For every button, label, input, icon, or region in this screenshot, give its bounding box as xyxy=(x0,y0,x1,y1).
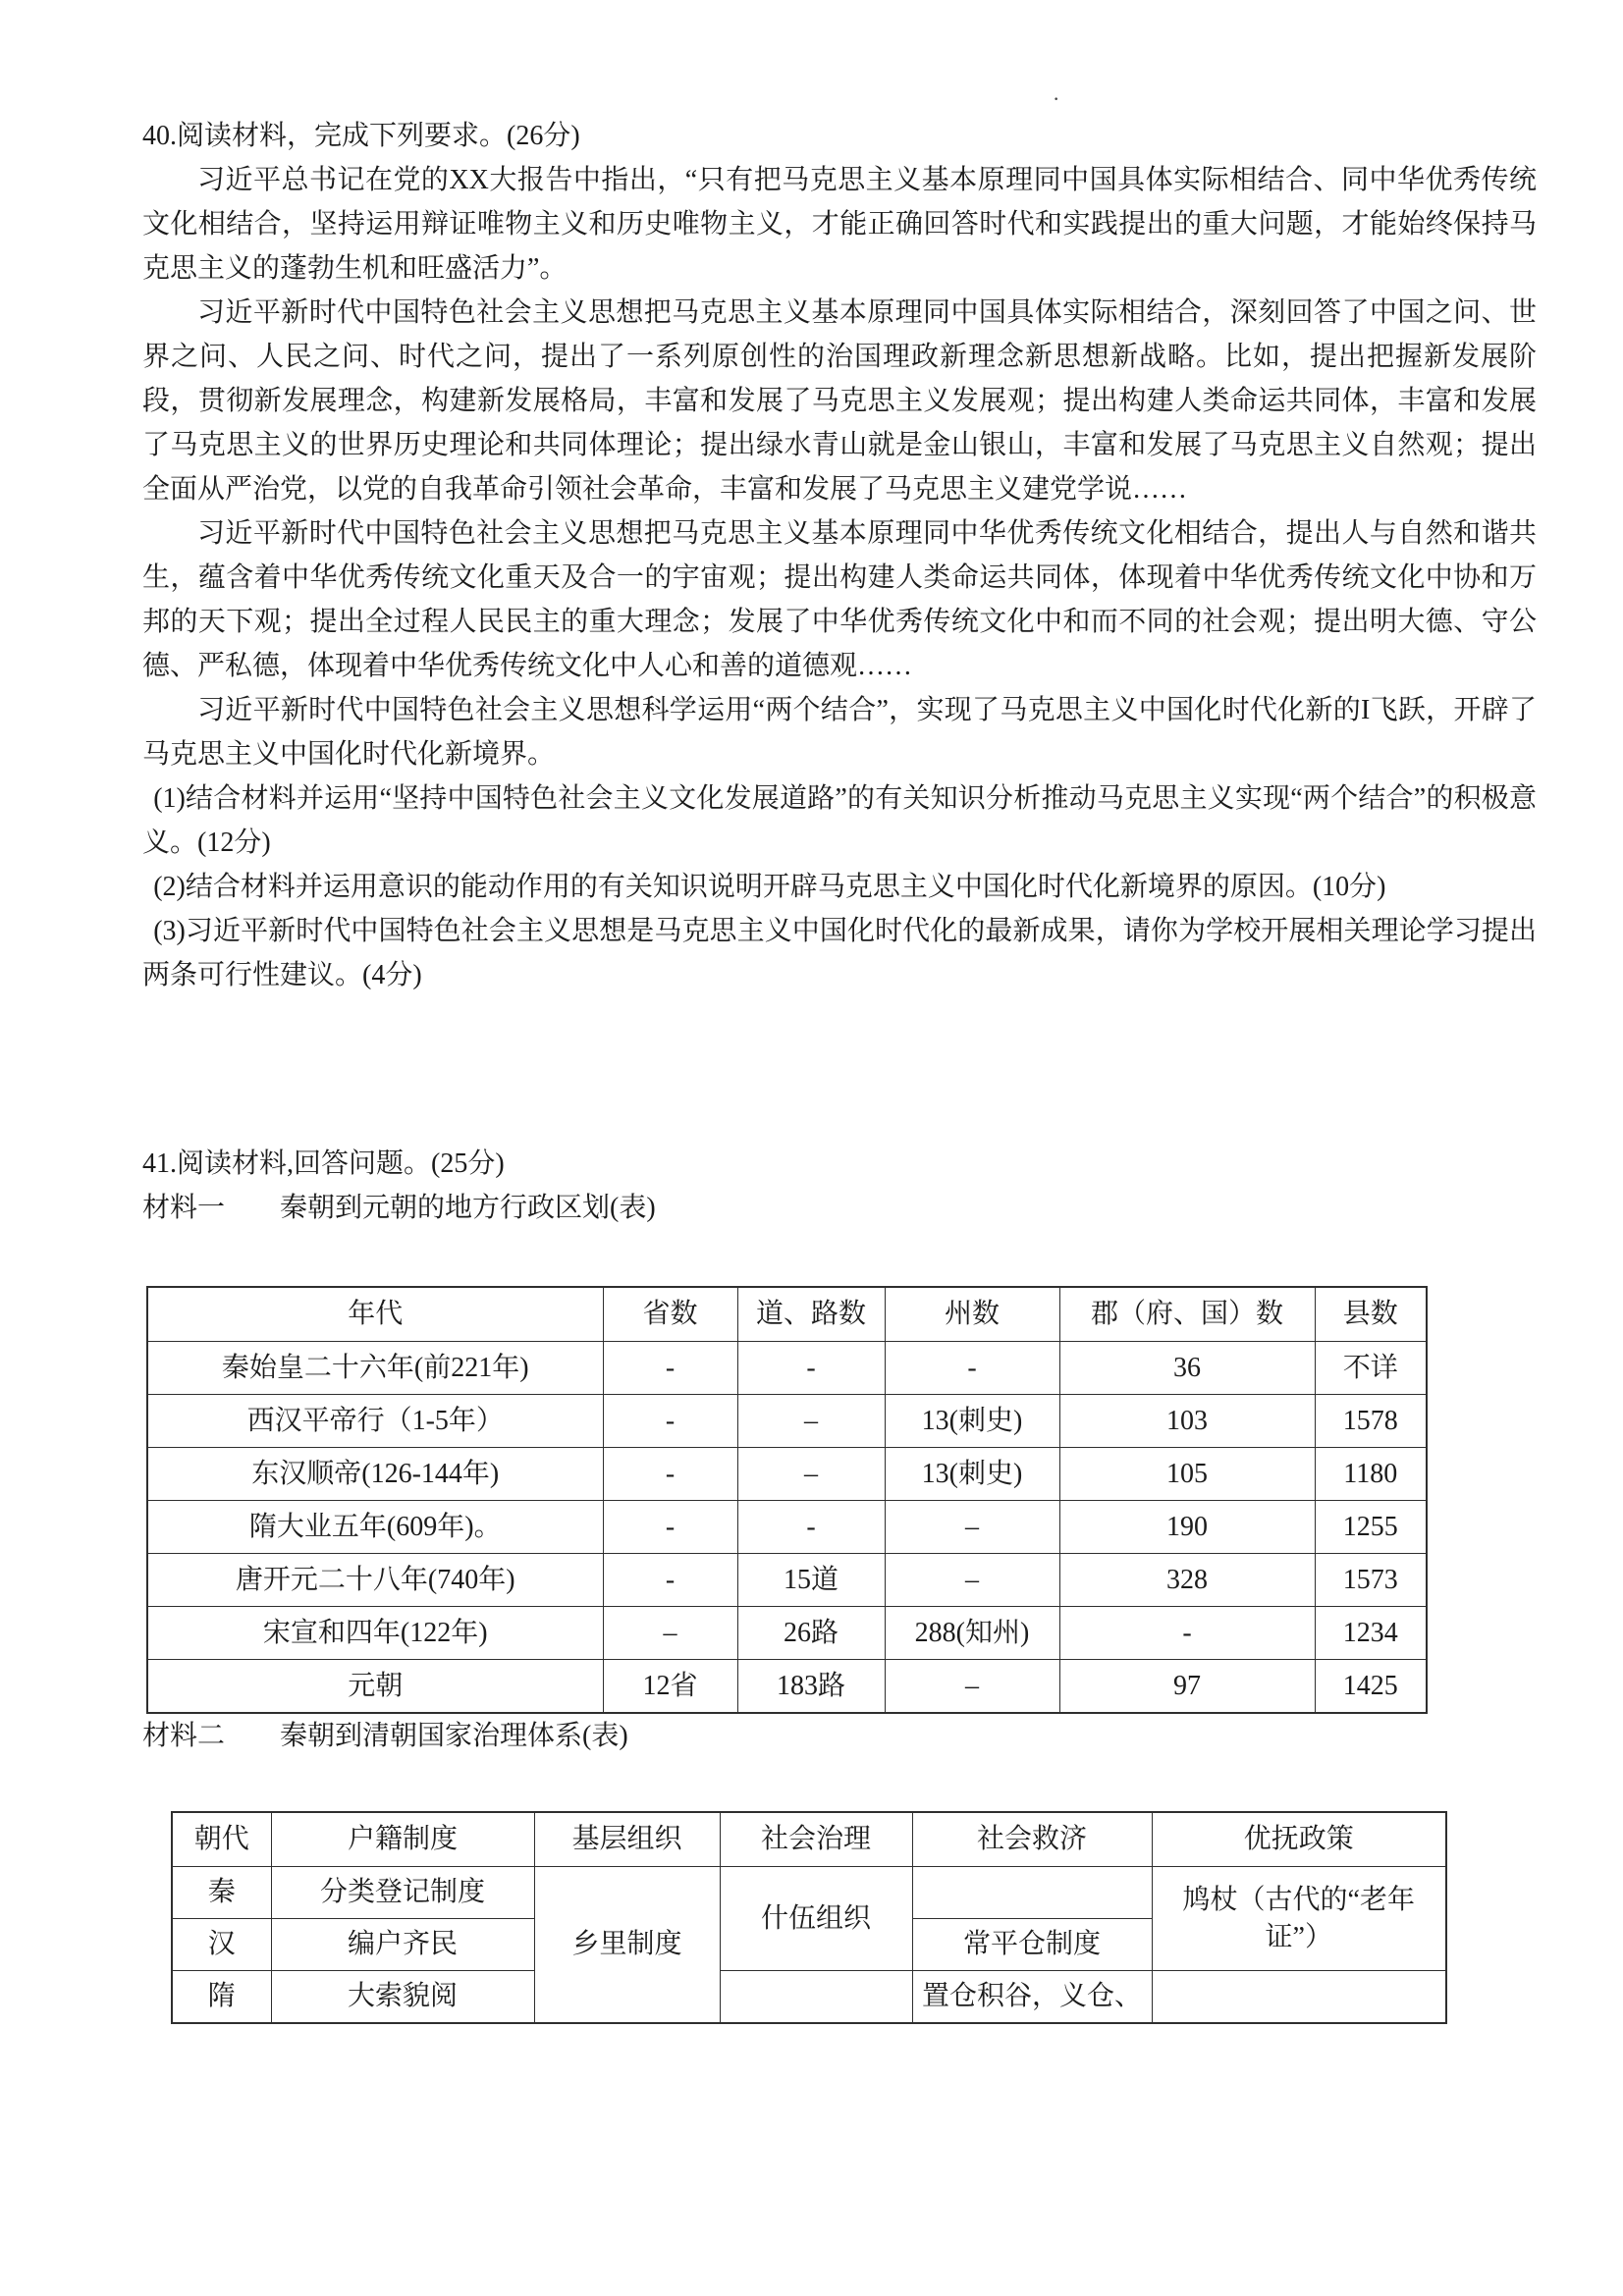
table-cell: 大索貌阅 xyxy=(271,1971,534,2024)
q40-paragraph-1: 习近平总书记在党的XX大报告中指出，“只有把马克思主义基本原理同中国具体实际相结… xyxy=(142,158,1537,291)
q40-subquestion-1: (1)结合材料并运用“坚持中国特色社会主义文化发展道路”的有关知识分析推动马克思… xyxy=(142,776,1537,865)
table-cell: 190 xyxy=(1059,1501,1315,1554)
table-row: 宋宣和四年(122年) – 26路 288(知州) - 1234 xyxy=(147,1607,1427,1660)
table-cell: 西汉平帝行（1-5年） xyxy=(147,1395,603,1448)
table-header-cell: 户籍制度 xyxy=(271,1812,534,1867)
table-cell: 328 xyxy=(1059,1554,1315,1607)
table-cell: – xyxy=(885,1501,1059,1554)
table-cell: - xyxy=(603,1395,737,1448)
table-cell: 12省 xyxy=(603,1660,737,1714)
table-cell xyxy=(912,1867,1152,1919)
table-cell: 什伍组织 xyxy=(720,1867,912,1971)
table-row: 唐开元二十八年(740年) - 15道 – 328 1573 xyxy=(147,1554,1427,1607)
table-cell: 1425 xyxy=(1315,1660,1427,1714)
table-cell: 编户齐民 xyxy=(271,1919,534,1971)
table-row: 元朝 12省 183路 – 97 1425 xyxy=(147,1660,1427,1714)
table-cell: 秦始皇二十六年(前221年) xyxy=(147,1342,603,1395)
question-41-title: 41.阅读材料,回答问题。(25分) xyxy=(142,1142,1537,1186)
table-header-cell: 郡（府、国）数 xyxy=(1059,1287,1315,1342)
q40-subquestion-3: (3)习近平新时代中国特色社会主义思想是马克思主义中国化时代化的最新成果，请你为… xyxy=(142,909,1537,997)
question-41-block: 41.阅读材料,回答问题。(25分) 材料一 秦朝到元朝的地方行政区划(表) xyxy=(142,1142,1537,1230)
table-cell: 13(刺史) xyxy=(885,1448,1059,1501)
table-cell: 1573 xyxy=(1315,1554,1427,1607)
table-cell: 183路 xyxy=(737,1660,885,1714)
table-cell: 隋 xyxy=(172,1971,271,2024)
table-header-cell: 年代 xyxy=(147,1287,603,1342)
table-cell: 105 xyxy=(1059,1448,1315,1501)
table-cell: – xyxy=(885,1660,1059,1714)
table-cell: 103 xyxy=(1059,1395,1315,1448)
table-cell: 常平仓制度 xyxy=(912,1919,1152,1971)
table-cell: 东汉顺帝(126-144年) xyxy=(147,1448,603,1501)
table-cell: 鸠杖（古代的“老年证”） xyxy=(1152,1867,1446,1971)
table-header-cell: 县数 xyxy=(1315,1287,1427,1342)
question-40-block: 40.阅读材料，完成下列要求。(26分) 习近平总书记在党的XX大报告中指出，“… xyxy=(142,114,1537,997)
table-row: 东汉顺帝(126-144年) - – 13(刺史) 105 1180 xyxy=(147,1448,1427,1501)
table-cell: 唐开元二十八年(740年) xyxy=(147,1554,603,1607)
table-cell: - xyxy=(603,1448,737,1501)
material-1-label: 材料一 秦朝到元朝的地方行政区划(表) xyxy=(142,1186,1537,1230)
table-cell: - xyxy=(1059,1607,1315,1660)
table-row: 秦始皇二十六年(前221年) - - - 36 不详 xyxy=(147,1342,1427,1395)
table-cell: - xyxy=(603,1501,737,1554)
table-header-cell: 社会治理 xyxy=(720,1812,912,1867)
table-cell: 1180 xyxy=(1315,1448,1427,1501)
table-cell: 置仓积谷，义仓、 xyxy=(912,1971,1152,2024)
table-row-sui: 隋 大索貌阅 置仓积谷，义仓、 xyxy=(172,1971,1446,2024)
table-cell: 36 xyxy=(1059,1342,1315,1395)
table-cell: - xyxy=(603,1554,737,1607)
table-cell: - xyxy=(603,1342,737,1395)
table-cell: 宋宣和四年(122年) xyxy=(147,1607,603,1660)
table-cell: – xyxy=(737,1448,885,1501)
table-row: 隋大业五年(609年)。 - - – 190 1255 xyxy=(147,1501,1427,1554)
table-header-cell: 州数 xyxy=(885,1287,1059,1342)
table-cell: 1255 xyxy=(1315,1501,1427,1554)
table-cell: - xyxy=(737,1342,885,1395)
table-cell: 1234 xyxy=(1315,1607,1427,1660)
table-header-row: 朝代 户籍制度 基层组织 社会治理 社会救济 优抚政策 xyxy=(172,1812,1446,1867)
table-header-cell: 朝代 xyxy=(172,1812,271,1867)
table-row-qin: 秦 分类登记制度 乡里制度 什伍组织 鸠杖（古代的“老年证”） xyxy=(172,1867,1446,1919)
table-header-row: 年代 省数 道、路数 州数 郡（府、国）数 县数 xyxy=(147,1287,1427,1342)
material-2-label: 材料二 秦朝到清朝国家治理体系(表) xyxy=(142,1714,1537,1758)
table-cell: 15道 xyxy=(737,1554,885,1607)
q40-subquestion-2: (2)结合材料并运用意识的能动作用的有关知识说明开辟马克思主义中国化时代化新境界… xyxy=(142,865,1537,909)
scan-artifact-dot: · xyxy=(1053,86,1059,112)
admin-division-table: 年代 省数 道、路数 州数 郡（府、国）数 县数 秦始皇二十六年(前221年) … xyxy=(146,1286,1428,1714)
table-header-cell: 基层组织 xyxy=(534,1812,720,1867)
table-cell: – xyxy=(885,1554,1059,1607)
table-header-cell: 优抚政策 xyxy=(1152,1812,1446,1867)
table-cell: 288(知州) xyxy=(885,1607,1059,1660)
table-cell: 秦 xyxy=(172,1867,271,1919)
q40-paragraph-4: 习近平新时代中国特色社会主义思想科学运用“两个结合”，实现了马克思主义中国化时代… xyxy=(142,688,1537,776)
table-cell: – xyxy=(603,1607,737,1660)
table-cell: 97 xyxy=(1059,1660,1315,1714)
table-row: 西汉平帝行（1-5年） - – 13(刺史) 103 1578 xyxy=(147,1395,1427,1448)
table-cell: 乡里制度 xyxy=(534,1867,720,2024)
question-40-title: 40.阅读材料，完成下列要求。(26分) xyxy=(142,114,1537,158)
table-cell xyxy=(720,1971,912,2024)
table-cell: 元朝 xyxy=(147,1660,603,1714)
table-cell: - xyxy=(885,1342,1059,1395)
q40-paragraph-3: 习近平新时代中国特色社会主义思想把马克思主义基本原理同中华优秀传统文化相结合，提… xyxy=(142,511,1537,688)
table-cell: 13(刺史) xyxy=(885,1395,1059,1448)
table-cell: 1578 xyxy=(1315,1395,1427,1448)
table-cell: 隋大业五年(609年)。 xyxy=(147,1501,603,1554)
exam-page: · 40.阅读材料，完成下列要求。(26分) 习近平总书记在党的XX大报告中指出… xyxy=(0,0,1623,2296)
table-cell: 26路 xyxy=(737,1607,885,1660)
table-cell: 分类登记制度 xyxy=(271,1867,534,1919)
table-header-cell: 道、路数 xyxy=(737,1287,885,1342)
q40-paragraph-2: 习近平新时代中国特色社会主义思想把马克思主义基本原理同中国具体实际相结合，深刻回… xyxy=(142,291,1537,511)
table-cell: – xyxy=(737,1395,885,1448)
table-header-cell: 社会救济 xyxy=(912,1812,1152,1867)
table-header-cell: 省数 xyxy=(603,1287,737,1342)
table-cell: 不详 xyxy=(1315,1342,1427,1395)
table-cell xyxy=(1152,1971,1446,2024)
table-cell: 汉 xyxy=(172,1919,271,1971)
governance-table: 朝代 户籍制度 基层组织 社会治理 社会救济 优抚政策 秦 分类登记制度 乡里制… xyxy=(171,1811,1447,2024)
table-cell: - xyxy=(737,1501,885,1554)
